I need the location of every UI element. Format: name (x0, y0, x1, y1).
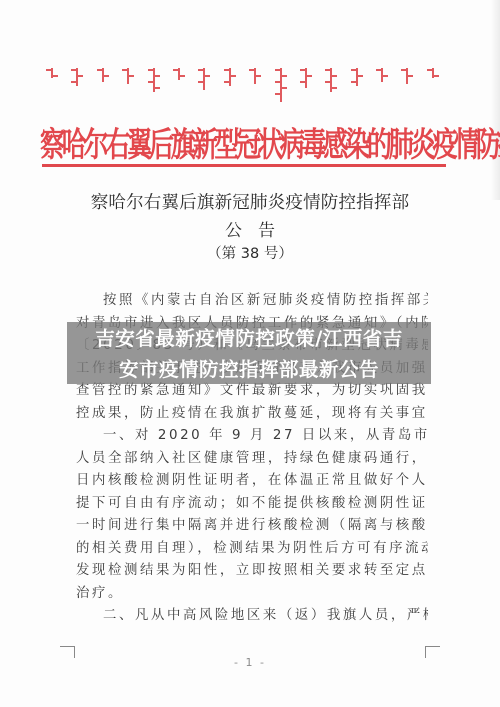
mongolian-glyph-column (147, 66, 161, 94)
mongolian-glyph-column (45, 66, 59, 80)
mongolian-glyph-column (96, 66, 110, 84)
letterhead-title: 察哈尔右翼后旗新型冠状病毒感染的肺炎疫情防控指挥部 (40, 118, 450, 167)
body-line: 的相关费用自理），检测结果为阴性后方可有序流动，一旦 (76, 538, 428, 561)
mongolian-glyph-column (70, 66, 84, 88)
document-page: 察哈尔右翼后旗新型冠状病毒感染的肺炎疫情防控指挥部 察哈尔右翼后旗新冠肺炎疫情防… (0, 0, 500, 707)
mongolian-script-letterhead (45, 66, 440, 116)
mongolian-glyph-column (299, 66, 313, 90)
caption-overlay: 吉安省最新疫情防控政策/江西省吉 安市疫情防控指挥部最新公告 (67, 322, 431, 384)
body-line: 日内核酸检测阴性证明者，在体温正常且做好个人防护的前 (76, 470, 428, 493)
body-line: 控成果，防止疫情在我旗扩散蔓延，现将有关事宜公告如下： (76, 403, 428, 426)
mongolian-glyph-column (324, 66, 338, 94)
document-subtitle: 公告 (0, 216, 500, 241)
mongolian-glyph-column (223, 66, 237, 88)
mongolian-glyph-column (400, 66, 414, 86)
mongolian-glyph-column (274, 66, 288, 104)
body-line: 发现检测结果为阳性，立即按照相关要求转至定点医院接受 (76, 560, 428, 583)
mongolian-glyph-column (121, 66, 135, 86)
mongolian-glyph-column (426, 66, 440, 80)
mongolian-glyph-column (172, 66, 186, 82)
mongolian-glyph-column (248, 66, 262, 86)
mongolian-glyph-column (375, 66, 389, 84)
caption-line-1: 吉安省最新疫情防控政策/江西省吉 (67, 322, 431, 353)
body-line: 二、凡从中高风险地区来（返）我旗人员，严格按照 (76, 605, 428, 628)
mongolian-glyph-column (350, 66, 364, 88)
body-line: 治疗。 (76, 583, 428, 606)
document-number: （第 38 号） (0, 242, 500, 263)
page-number: - 1 - (0, 656, 500, 669)
letterhead-red-rule (42, 164, 446, 167)
page-edge-shadow (491, 0, 500, 200)
body-line: 一、对 2020 年 9 月 27 日以来，从青岛市来（返）我旗 (76, 425, 428, 448)
body-line: 一时间进行集中隔离并进行核酸检测（隔离与核酸检测产生 (76, 515, 428, 538)
caption-line-2: 安市疫情防控指挥部最新公告 (67, 353, 431, 384)
mongolian-glyph-column (197, 66, 211, 92)
body-line: 提下可自由有序流动；如不能提供核酸检测阴性证明，要第 (76, 493, 428, 516)
document-title: 察哈尔右翼后旗新冠肺炎疫情防控指挥部 (0, 189, 500, 214)
body-line: 按照《内蒙古自治区新冠肺炎疫情防控指挥部关于加大 (76, 290, 428, 313)
body-line: 人员全部纳入社区健康管理，持绿色健康码通行，凡持有 7 (76, 448, 428, 471)
